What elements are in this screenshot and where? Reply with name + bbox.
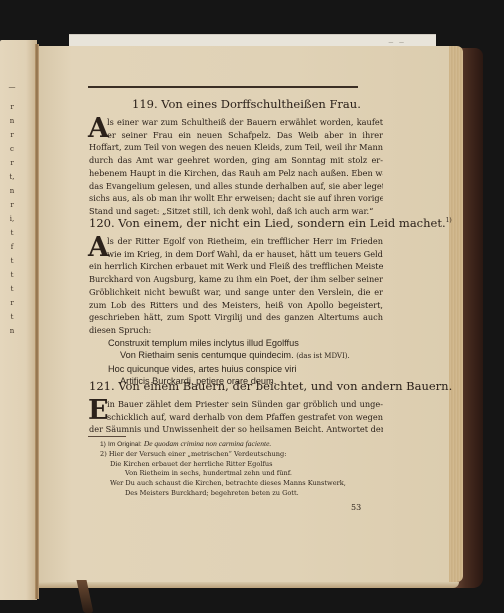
edge-glyph: n bbox=[6, 184, 18, 198]
text-line: Gröblichkeit nicht bewußt war, und sange… bbox=[89, 286, 383, 299]
footnote-verse-line: Des Meisters Burckhard; begehreten beten… bbox=[100, 489, 390, 499]
edge-glyph: c bbox=[6, 142, 18, 156]
verse-line: Von Riethaim senis centumque quindecim. … bbox=[89, 349, 389, 362]
text-line: sichs aus, als ob man ihr wollt Ehr erwe… bbox=[89, 192, 383, 205]
footnote-marker: 1) bbox=[100, 441, 106, 448]
edge-glyph: r bbox=[6, 296, 18, 310]
section-119-text: ls einer war zum Schultheiß der Bauern e… bbox=[89, 116, 383, 218]
footnote-text: Hier der Versuch einer „metrischen“ Verd… bbox=[109, 450, 287, 458]
text-line: ein herrlich Kirchen erbauet mit Werk un… bbox=[89, 260, 383, 273]
scan-background: — r n r c r t, n r i, t f t t t r t n — … bbox=[0, 0, 504, 613]
section-120-heading-text: 120. Von einem, der nicht ein Lied, sond… bbox=[89, 216, 446, 230]
edge-glyph: i, bbox=[6, 212, 18, 226]
section-120-heading: 120. Von einem, der nicht ein Lied, sond… bbox=[89, 216, 452, 230]
section-121-text: in Bauer zählet dem Priester sein Sünden… bbox=[89, 398, 383, 436]
text-line: diesen Spruch: bbox=[89, 324, 383, 337]
section-120-text: ls der Ritter Egolf von Rietheim, ein tr… bbox=[89, 235, 383, 337]
footnote-2: 2) Hier der Versuch einer „metrischen“ V… bbox=[100, 450, 390, 460]
footnote-rule bbox=[88, 436, 126, 437]
text-line: hebenem Haupt in die Kirchen, das Rauh a… bbox=[89, 167, 383, 180]
footnote-verse-line: Die Kirchen erbauet der herrliche Ritter… bbox=[100, 460, 390, 470]
edge-glyph: t bbox=[6, 268, 18, 282]
header-rule bbox=[88, 86, 358, 88]
left-page-edge: — r n r c r t, n r i, t f t t t r t n bbox=[0, 40, 37, 600]
page-bottom-edge bbox=[39, 582, 459, 588]
text-line: geschrieben hätt, zum Spott Virgilij und… bbox=[89, 311, 383, 324]
edge-glyph: t bbox=[6, 226, 18, 240]
text-line: ls einer war zum Schultheiß der Bauern e… bbox=[89, 116, 383, 129]
book-gutter bbox=[35, 44, 39, 599]
verse-line: Hoc quicunque vides, artes huius conspic… bbox=[89, 363, 389, 375]
footnote-verse-line: Wer Du auch schaust die Kirchen, betrach… bbox=[100, 479, 390, 489]
edge-glyph: — bbox=[6, 80, 18, 94]
left-page-edge-glyphs: — r n r c r t, n r i, t f t t t r t n bbox=[6, 80, 18, 338]
text-line: Hoffart, zum Teil von wegen des neuen Kl… bbox=[89, 141, 383, 154]
edge-glyph: t bbox=[6, 282, 18, 296]
footnote-1: 1) Im Original: De quodam crimina non ca… bbox=[100, 439, 390, 450]
edge-glyph: t bbox=[6, 254, 18, 268]
edge-glyph: n bbox=[6, 114, 18, 128]
text-line: das Evangelium gelesen, und alles stunde… bbox=[89, 180, 383, 193]
edge-glyph: r bbox=[6, 198, 18, 212]
edge-glyph: f bbox=[6, 240, 18, 254]
verse-line: Construxit templum miles inclytus illud … bbox=[89, 337, 389, 349]
edge-glyph: t, bbox=[6, 170, 18, 184]
text-line: schicklich auf, ward derhalb von dem Pfa… bbox=[89, 411, 383, 424]
footnote-label: Im Original: bbox=[108, 441, 142, 448]
section-119-heading: 119. Von eines Dorffschultheißen Frau. bbox=[132, 97, 361, 111]
verse-line-text: Von Riethaim senis centumque quindecim. bbox=[120, 350, 294, 360]
text-line: wie im Krieg, in dem Dorf Wahl, da er ha… bbox=[89, 248, 383, 261]
page-number: 53 bbox=[351, 503, 361, 512]
edge-glyph: n bbox=[6, 324, 18, 338]
text-line: ls der Ritter Egolf von Rietheim, ein tr… bbox=[89, 235, 383, 248]
edge-glyph: r bbox=[6, 128, 18, 142]
text-line: in Bauer zählet dem Priester sein Sünden… bbox=[89, 398, 383, 411]
footnote-verse-line: Von Rietheim in sechs, hundertmal zehn u… bbox=[100, 469, 390, 479]
text-line: Burckhard von Augsburg, kame zu ihm ein … bbox=[89, 273, 383, 286]
footnote-text: De quodam crimina non carmina faciente. bbox=[144, 439, 271, 448]
verse-note: (das ist MDVI). bbox=[296, 352, 350, 360]
edge-glyph: t bbox=[6, 310, 18, 324]
footnote-ref: 1) bbox=[446, 217, 452, 224]
section-121-heading: 121. Von einem Bauern, der beichtet, und… bbox=[89, 379, 452, 393]
footnotes: 1) Im Original: De quodam crimina non ca… bbox=[100, 439, 390, 499]
text-line: der Säumnis und Unwissenheit der so heil… bbox=[89, 423, 383, 436]
edge-glyph: r bbox=[6, 156, 18, 170]
text-line: er seiner Frau ein neuen Schafpelz. Das … bbox=[89, 129, 383, 142]
edge-glyph: r bbox=[6, 100, 18, 114]
text-line: zum Lob des Ritters und des Meisters, he… bbox=[89, 299, 383, 312]
footnote-marker: 2) bbox=[100, 450, 107, 458]
text-line: durch das Amt war geehret worden, ging a… bbox=[89, 154, 383, 167]
